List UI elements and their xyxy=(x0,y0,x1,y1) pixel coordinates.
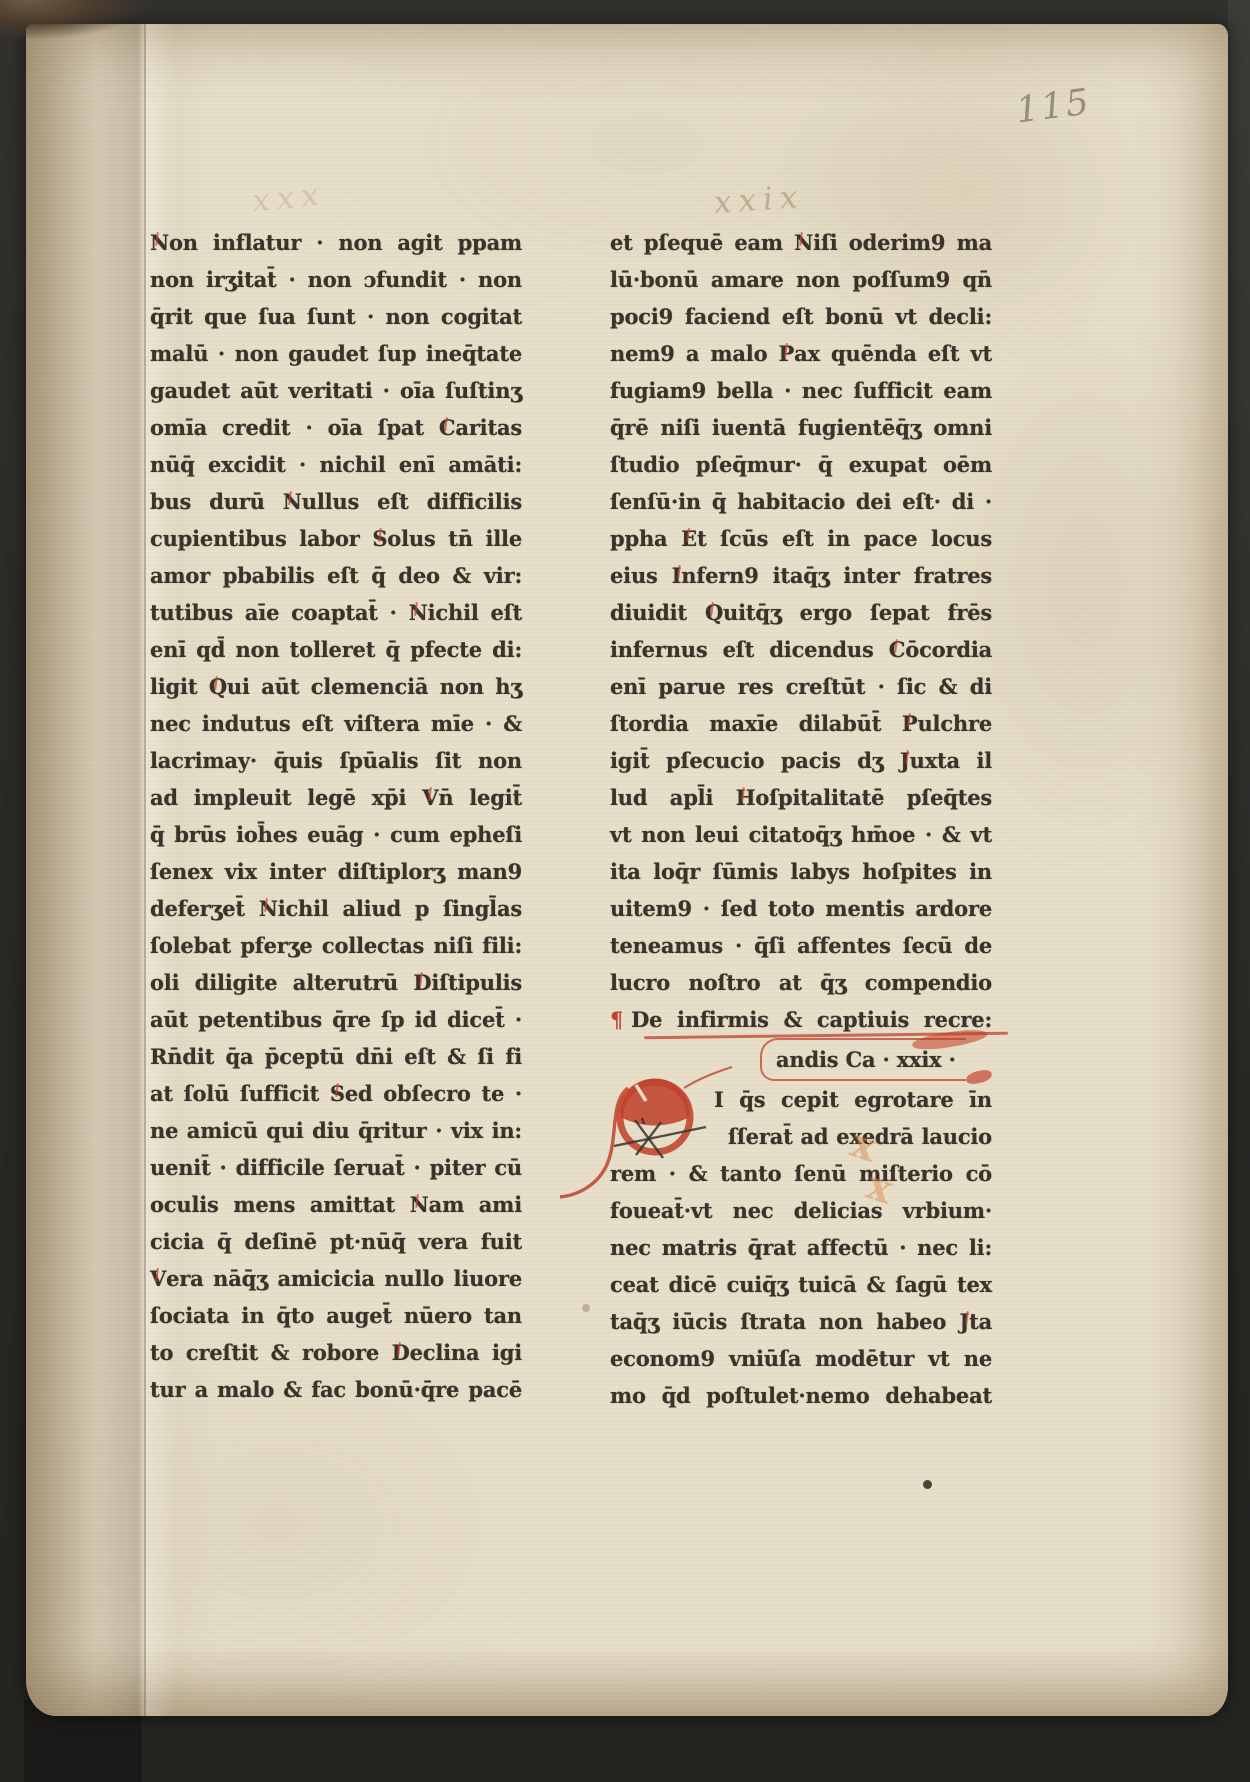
text-line: ita loq̄r ſūmis labys hoſpites in xyxy=(610,853,992,890)
text-line: lud apl̄i Hoſpitalitatē pſeq̄tes xyxy=(610,779,992,816)
text-line: at ſolū ſufficit Sed obſecro te · xyxy=(150,1075,522,1112)
rubricated-capital: Q xyxy=(209,674,227,699)
text-line: ligit Qui aūt clemenciā non hʒ xyxy=(150,668,522,705)
text-line: deferʒet̄ Nichil aliud p ſingl̄as xyxy=(150,890,522,927)
rubricated-capital: C xyxy=(439,415,456,440)
text-line: Vera nāq̄ʒ amicicia nullo liuore xyxy=(150,1260,522,1297)
text-line: Rn̄dit q̄a p̄ceptū dn̄i eſt & ſi fi xyxy=(150,1038,522,1075)
text-column-left: Non inflatur · non agit ppamnon irʒitat̄… xyxy=(150,224,522,1408)
text-line: ſenſū·in q̄ habitacio dei eſt· di · xyxy=(610,483,992,520)
faded-annotation-right: xxix xyxy=(713,179,806,221)
rubricated-capital: J xyxy=(900,748,910,773)
text-line: ppha Et ſcūs eſt in pace locus xyxy=(610,520,992,557)
text-line: non irʒitat̄ · non ɔfundit · non xyxy=(150,261,522,298)
rubricated-capital: N xyxy=(409,600,428,625)
faded-annotation-left: xxx xyxy=(250,176,327,219)
text-line: lacrimay· q̄uis ſpūalis ſit non xyxy=(150,742,522,779)
text-line: aūt petentibus q̄re ſp id dicet̄ · xyxy=(150,1001,522,1038)
text-line: uitem9 · ſed toto mentis ardore xyxy=(610,890,992,927)
rubricated-capital: C xyxy=(889,637,906,662)
text-line: nec indutus eſt viſtera mīe · & xyxy=(150,705,522,742)
rubricated-capital: N xyxy=(259,896,278,921)
text-line: ſociata in q̄to auget̄ nūero tan xyxy=(150,1297,522,1334)
text-line: mo q̄d poſtulet·nemo dehabeat xyxy=(610,1377,992,1414)
ink-blot xyxy=(923,1480,932,1489)
text-line: lucro noſtro at q̄ʒ compendio xyxy=(610,964,992,1001)
text-line: econom9 vniūſa modētur vt ne xyxy=(610,1340,992,1377)
rubricated-capital: N xyxy=(150,230,169,255)
text-line: uenit̄ · difficile ſeruat̄ · piter cū xyxy=(150,1149,522,1186)
lombard-initial-drawing xyxy=(556,1050,756,1240)
text-line: tur a malo & fac bonū·q̄re pacē xyxy=(150,1371,522,1408)
text-line: nūq̄ excidit · nichil enī amāti: xyxy=(150,446,522,483)
text-line: q̄ brūs ioh̄es euāg · cum epheſi xyxy=(150,816,522,853)
text-line: cupientibus labor Solus tn̄ ille xyxy=(150,520,522,557)
rubricated-capital: S xyxy=(372,526,387,551)
text-line: taq̄ʒ iūcis ſtrata non habeo Jta xyxy=(610,1303,992,1340)
text-line: Non inflatur · non agit ppam xyxy=(150,224,522,261)
text-line: igit̄ pſecucio pacis dʒ Juxta il xyxy=(610,742,992,779)
text-line: tutibus aīe coaptat̄ · Nichil eſt xyxy=(150,594,522,631)
text-line: poci9 faciend eſt bonū vt decli: xyxy=(610,298,992,335)
folio-number-pencil: 115 xyxy=(1014,82,1093,132)
text-line: enī qd̄ non tolleret q̄ pfecte di: xyxy=(150,631,522,668)
text-line: fugiam9 bella · nec ſufficit eam xyxy=(610,372,992,409)
pilcrow-mark: ¶ xyxy=(610,1007,631,1032)
text-line: omīa credit · oīa ſpat Caritas xyxy=(150,409,522,446)
text-line: teneamus · q̄ſi affentes ſecū de xyxy=(610,927,992,964)
text-line: enī parue res creſtūt · ſic & di xyxy=(610,668,992,705)
text-line: to creſtit & robore Declina igi xyxy=(150,1334,522,1371)
text-line: et pſequē eam Niſi oderim9 ma xyxy=(610,224,992,261)
rubricated-capital: Q xyxy=(705,600,723,625)
rubricated-capital: S xyxy=(330,1081,345,1106)
text-line: diuidit Quitq̄ʒ ergo ſepat frēs xyxy=(610,594,992,631)
text-line: oli diligite alterutrū Diſtipulis xyxy=(150,964,522,1001)
rubricated-capital: J xyxy=(959,1309,969,1334)
text-line: oculis mens amittat Nam ami xyxy=(150,1186,522,1223)
text-line: gaudet aūt veritati · oīa ſuſtinʒ xyxy=(150,372,522,409)
text-line: ſenex vix inter diſtiplorʒ man9 xyxy=(150,853,522,890)
rubricated-capital: P xyxy=(902,711,918,736)
rubricated-capital: D xyxy=(413,970,431,995)
binding-edge-curl xyxy=(0,0,190,46)
rubricated-capital: V xyxy=(150,1266,166,1291)
text-line: bus durū Nullus eſt difficilis xyxy=(150,483,522,520)
text-line: infernus eſt dicendus Cōcordia xyxy=(610,631,992,668)
rubricated-capital: V xyxy=(422,785,438,810)
margin-speck xyxy=(582,1304,590,1312)
text-line: ne amicū qui diu q̄ritur · vix in: xyxy=(150,1112,522,1149)
manuscript-page: 115 xxx xxix Non inflatur · non agit ppa… xyxy=(26,24,1228,1716)
lombard-initial: S xyxy=(556,1050,756,1240)
rubricated-capital: N xyxy=(283,489,302,514)
chapter-heading-line-1: ¶De infirmis & captiuis recre: xyxy=(610,1001,992,1038)
text-line: cicia q̄ deſinē pt·nūq̄ vera fuit xyxy=(150,1223,522,1260)
text-line: q̄rit que ſua ſunt · non cogitat xyxy=(150,298,522,335)
text-line: ad impleuit legē xp̄i Vn̄ legit̄ xyxy=(150,779,522,816)
text-line: amor pbabilis eſt q̄ deo & vir: xyxy=(150,557,522,594)
text-line: lū·bonū amare non poſſum9 qn̄ xyxy=(610,261,992,298)
rubricated-capital: N xyxy=(794,230,813,255)
text-line: vt non leui citatoq̄ʒ hm̄oe · & vt xyxy=(610,816,992,853)
text-line: ſtudio pſeq̄mur· q̄ exupat oēm xyxy=(610,446,992,483)
text-line: ſolebat pferʒe collectas niſi fili: xyxy=(150,927,522,964)
text-line: ceat dicē cuiq̄ʒ tuicā & ſagū tex xyxy=(610,1266,992,1303)
rubricated-capital: H xyxy=(736,785,756,810)
text-line: eius Infern9 itaq̄ʒ inter fratres xyxy=(610,557,992,594)
rubricated-capital: I xyxy=(672,563,682,588)
rubricated-capital: P xyxy=(779,341,795,366)
rubricated-capital: D xyxy=(392,1340,410,1365)
gutter-fold-line xyxy=(144,24,146,1716)
text-line: ſtordia maxīe dilabūt̄ Pulchre xyxy=(610,705,992,742)
text-line: nem9 a malo Pax quēnda eſt vt xyxy=(610,335,992,372)
text-line: malū · non gaudet ſup ineq̄tate xyxy=(150,335,522,372)
rubricated-capital: E xyxy=(681,526,697,551)
scanned-book-photo: 115 xxx xxix Non inflatur · non agit ppa… xyxy=(0,0,1250,1782)
text-line: q̄rē niſi iuentā fugientēq̄ʒ omni xyxy=(610,409,992,446)
rubricated-capital: N xyxy=(410,1192,429,1217)
